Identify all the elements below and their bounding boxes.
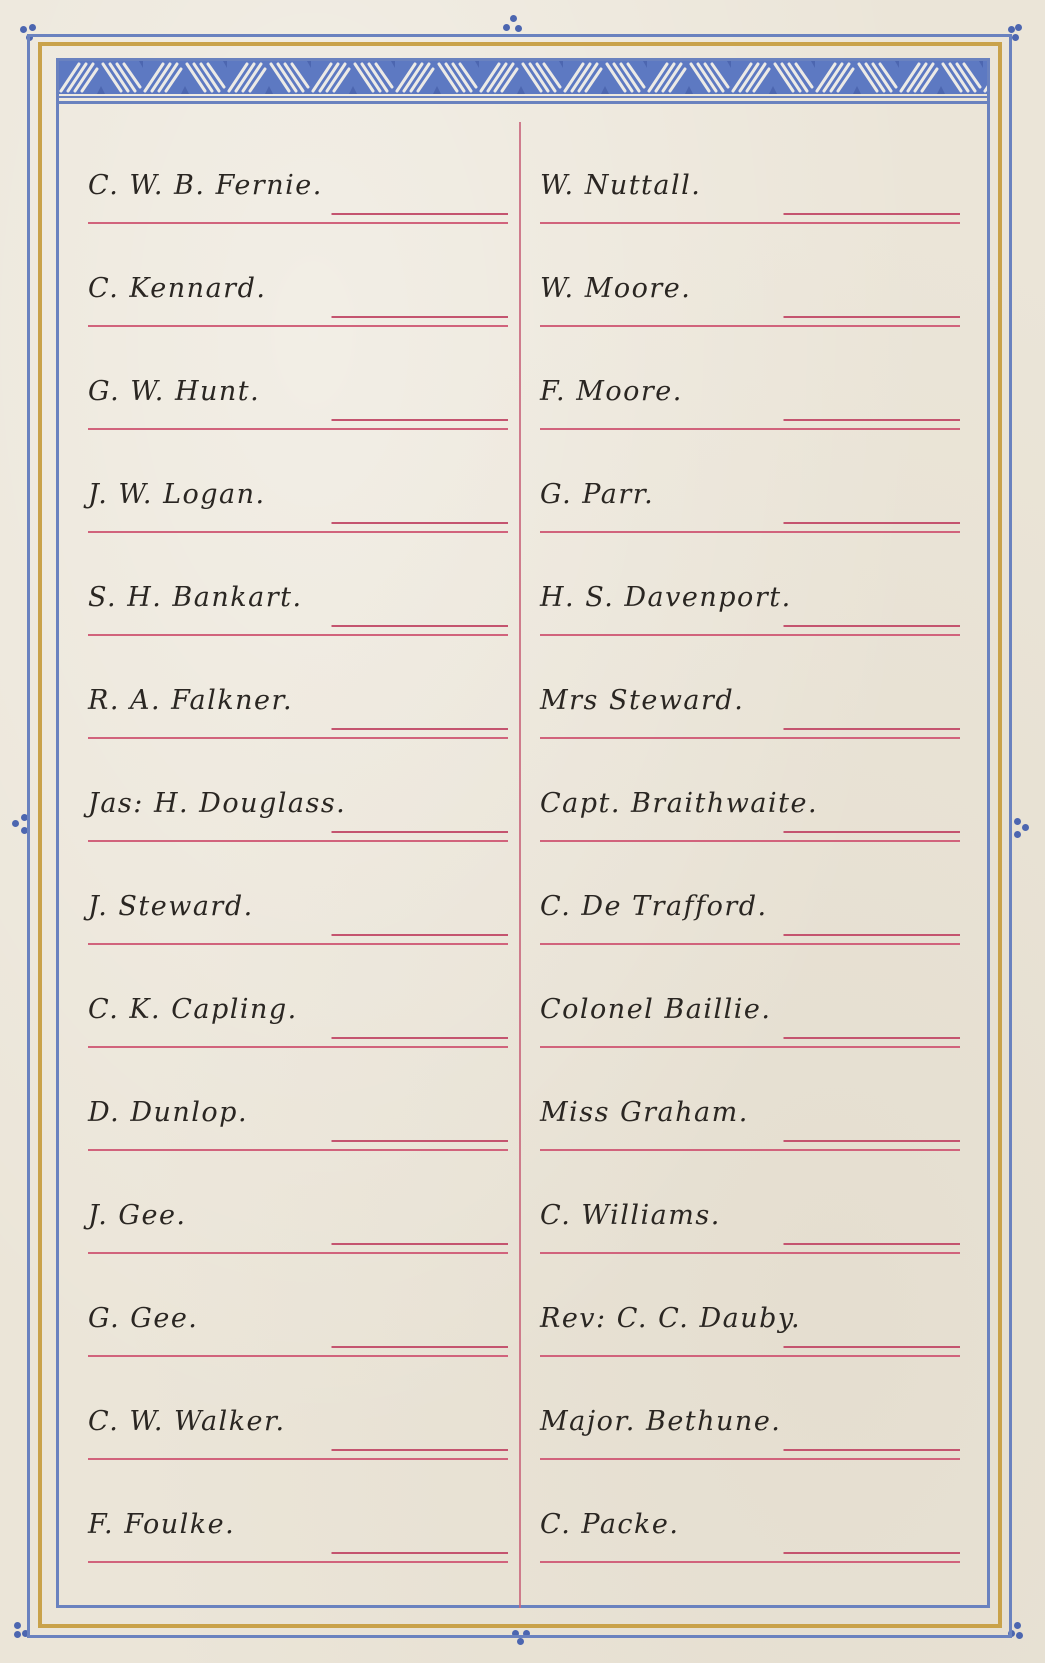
signature-rule — [88, 840, 508, 842]
signature-rule — [88, 1355, 508, 1357]
name-entry: Major. Bethune. — [540, 1406, 960, 1509]
name-entry: C. K. Capling. — [88, 994, 508, 1097]
signature-rule — [88, 316, 508, 318]
basketweave-pattern-icon — [59, 61, 987, 94]
signature-rule — [540, 1355, 960, 1357]
signature-rule — [540, 316, 960, 318]
name-entry: C. De Trafford. — [540, 891, 960, 994]
names-column-right: W. Nuttall. W. Moore. F. Moore. G. Parr.… — [540, 170, 960, 1612]
signature-rule — [88, 325, 508, 327]
name-entry: Jas: H. Douglass. — [88, 788, 508, 891]
signature-rule — [88, 428, 508, 430]
name-entry: J. Gee. — [88, 1200, 508, 1303]
entry-name: D. Dunlop. — [88, 1097, 248, 1128]
name-entry: R. A. Falkner. — [88, 685, 508, 788]
signature-rule — [88, 213, 508, 215]
name-entry: Colonel Baillie. — [540, 994, 960, 1097]
signature-rule — [540, 213, 960, 215]
entry-name: C. De Trafford. — [540, 891, 768, 922]
signature-rule — [540, 943, 960, 945]
entry-name: F. Moore. — [540, 376, 683, 407]
signature-rule — [540, 1458, 960, 1460]
name-entry: F. Foulke. — [88, 1509, 508, 1612]
signature-rule — [540, 522, 960, 524]
signature-rule — [540, 1140, 960, 1142]
entry-name: C. Kennard. — [88, 273, 266, 304]
entry-name: S. H. Bankart. — [88, 582, 303, 613]
signature-rule — [88, 1046, 508, 1048]
entry-name: C. W. B. Fernie. — [88, 170, 323, 201]
name-entry: Mrs Steward. — [540, 685, 960, 788]
name-entry: G. Gee. — [88, 1303, 508, 1406]
signature-rule — [540, 1449, 960, 1451]
signature-rule — [88, 222, 508, 224]
entry-name: G. W. Hunt. — [88, 376, 260, 407]
signature-rule — [88, 831, 508, 833]
signature-rule — [540, 840, 960, 842]
signature-rule — [540, 325, 960, 327]
signature-rule — [88, 1346, 508, 1348]
name-entry: F. Moore. — [540, 376, 960, 479]
signature-rule — [88, 1252, 508, 1254]
signature-rule — [540, 728, 960, 730]
name-entry: G. W. Hunt. — [88, 376, 508, 479]
signature-rule — [88, 737, 508, 739]
signature-rule — [88, 419, 508, 421]
entry-name: C. Williams. — [540, 1200, 721, 1231]
entry-name: W. Moore. — [540, 273, 691, 304]
entry-name: J. Gee. — [88, 1200, 187, 1231]
name-entry: Miss Graham. — [540, 1097, 960, 1200]
decorative-pattern-band — [59, 61, 987, 94]
entry-name: W. Nuttall. — [540, 170, 701, 201]
signature-rule — [88, 625, 508, 627]
entry-name: J. W. Logan. — [88, 479, 266, 510]
name-entry: D. Dunlop. — [88, 1097, 508, 1200]
entry-name: G. Parr. — [540, 479, 654, 510]
entry-name: F. Foulke. — [88, 1509, 235, 1540]
signature-rule — [88, 1561, 508, 1563]
signature-rule — [88, 1243, 508, 1245]
names-column-left: C. W. B. Fernie. C. Kennard. G. W. Hunt.… — [88, 170, 508, 1612]
signature-rule — [88, 1037, 508, 1039]
entry-name: C. Packe. — [540, 1509, 679, 1540]
signature-rule — [88, 943, 508, 945]
name-entry: W. Nuttall. — [540, 170, 960, 273]
entry-name: Major. Bethune. — [540, 1406, 781, 1437]
signature-rule — [88, 1449, 508, 1451]
entry-name: J. Steward. — [88, 891, 254, 922]
signature-rule — [540, 1346, 960, 1348]
signature-rule — [540, 1046, 960, 1048]
signature-rule — [540, 831, 960, 833]
signature-rule — [88, 531, 508, 533]
signature-rule — [88, 522, 508, 524]
entry-name: Colonel Baillie. — [540, 994, 771, 1025]
signature-rule — [540, 419, 960, 421]
name-entry: W. Moore. — [540, 273, 960, 376]
signature-rule — [88, 1140, 508, 1142]
name-entry: C. Williams. — [540, 1200, 960, 1303]
trefoil-ornament-icon — [1014, 818, 1036, 840]
name-entry: Rev: C. C. Dauby. — [540, 1303, 960, 1406]
signature-rule — [540, 428, 960, 430]
signature-rule — [88, 934, 508, 936]
signature-rule — [88, 634, 508, 636]
name-entry: Capt. Braithwaite. — [540, 788, 960, 891]
name-entry: C. Kennard. — [88, 273, 508, 376]
name-entry: G. Parr. — [540, 479, 960, 582]
entry-name: G. Gee. — [88, 1303, 198, 1334]
name-entry: J. Steward. — [88, 891, 508, 994]
signature-rule — [540, 1243, 960, 1245]
signature-rule — [540, 531, 960, 533]
entry-name: Capt. Braithwaite. — [540, 788, 818, 819]
signature-rule — [540, 634, 960, 636]
name-entry: C. W. B. Fernie. — [88, 170, 508, 273]
name-entry: H. S. Davenport. — [540, 582, 960, 685]
signature-rule — [88, 728, 508, 730]
signature-rule — [540, 737, 960, 739]
entry-name: Rev: C. C. Dauby. — [540, 1303, 801, 1334]
name-entry: C. Packe. — [540, 1509, 960, 1612]
band-rule — [59, 96, 987, 98]
signature-rule — [540, 934, 960, 936]
signature-rule — [540, 1149, 960, 1151]
entry-name: H. S. Davenport. — [540, 582, 792, 613]
column-divider — [519, 122, 521, 1608]
trefoil-ornament-icon — [503, 14, 525, 36]
entry-name: C. W. Walker. — [88, 1406, 286, 1437]
band-rule — [59, 101, 987, 104]
name-entry: S. H. Bankart. — [88, 582, 508, 685]
entry-name: Miss Graham. — [540, 1097, 749, 1128]
signature-rule — [540, 1561, 960, 1563]
entry-name: C. K. Capling. — [88, 994, 298, 1025]
entry-name: Mrs Steward. — [540, 685, 744, 716]
name-entry: J. W. Logan. — [88, 479, 508, 582]
signature-rule — [540, 1252, 960, 1254]
signature-rule — [88, 1552, 508, 1554]
signature-rule — [540, 625, 960, 627]
entry-name: Jas: H. Douglass. — [88, 788, 346, 819]
entry-name: R. A. Falkner. — [88, 685, 293, 716]
signature-rule — [540, 1552, 960, 1554]
signature-rule — [540, 1037, 960, 1039]
name-entry: C. W. Walker. — [88, 1406, 508, 1509]
signature-rule — [88, 1458, 508, 1460]
signature-rule — [88, 1149, 508, 1151]
signature-rule — [540, 222, 960, 224]
